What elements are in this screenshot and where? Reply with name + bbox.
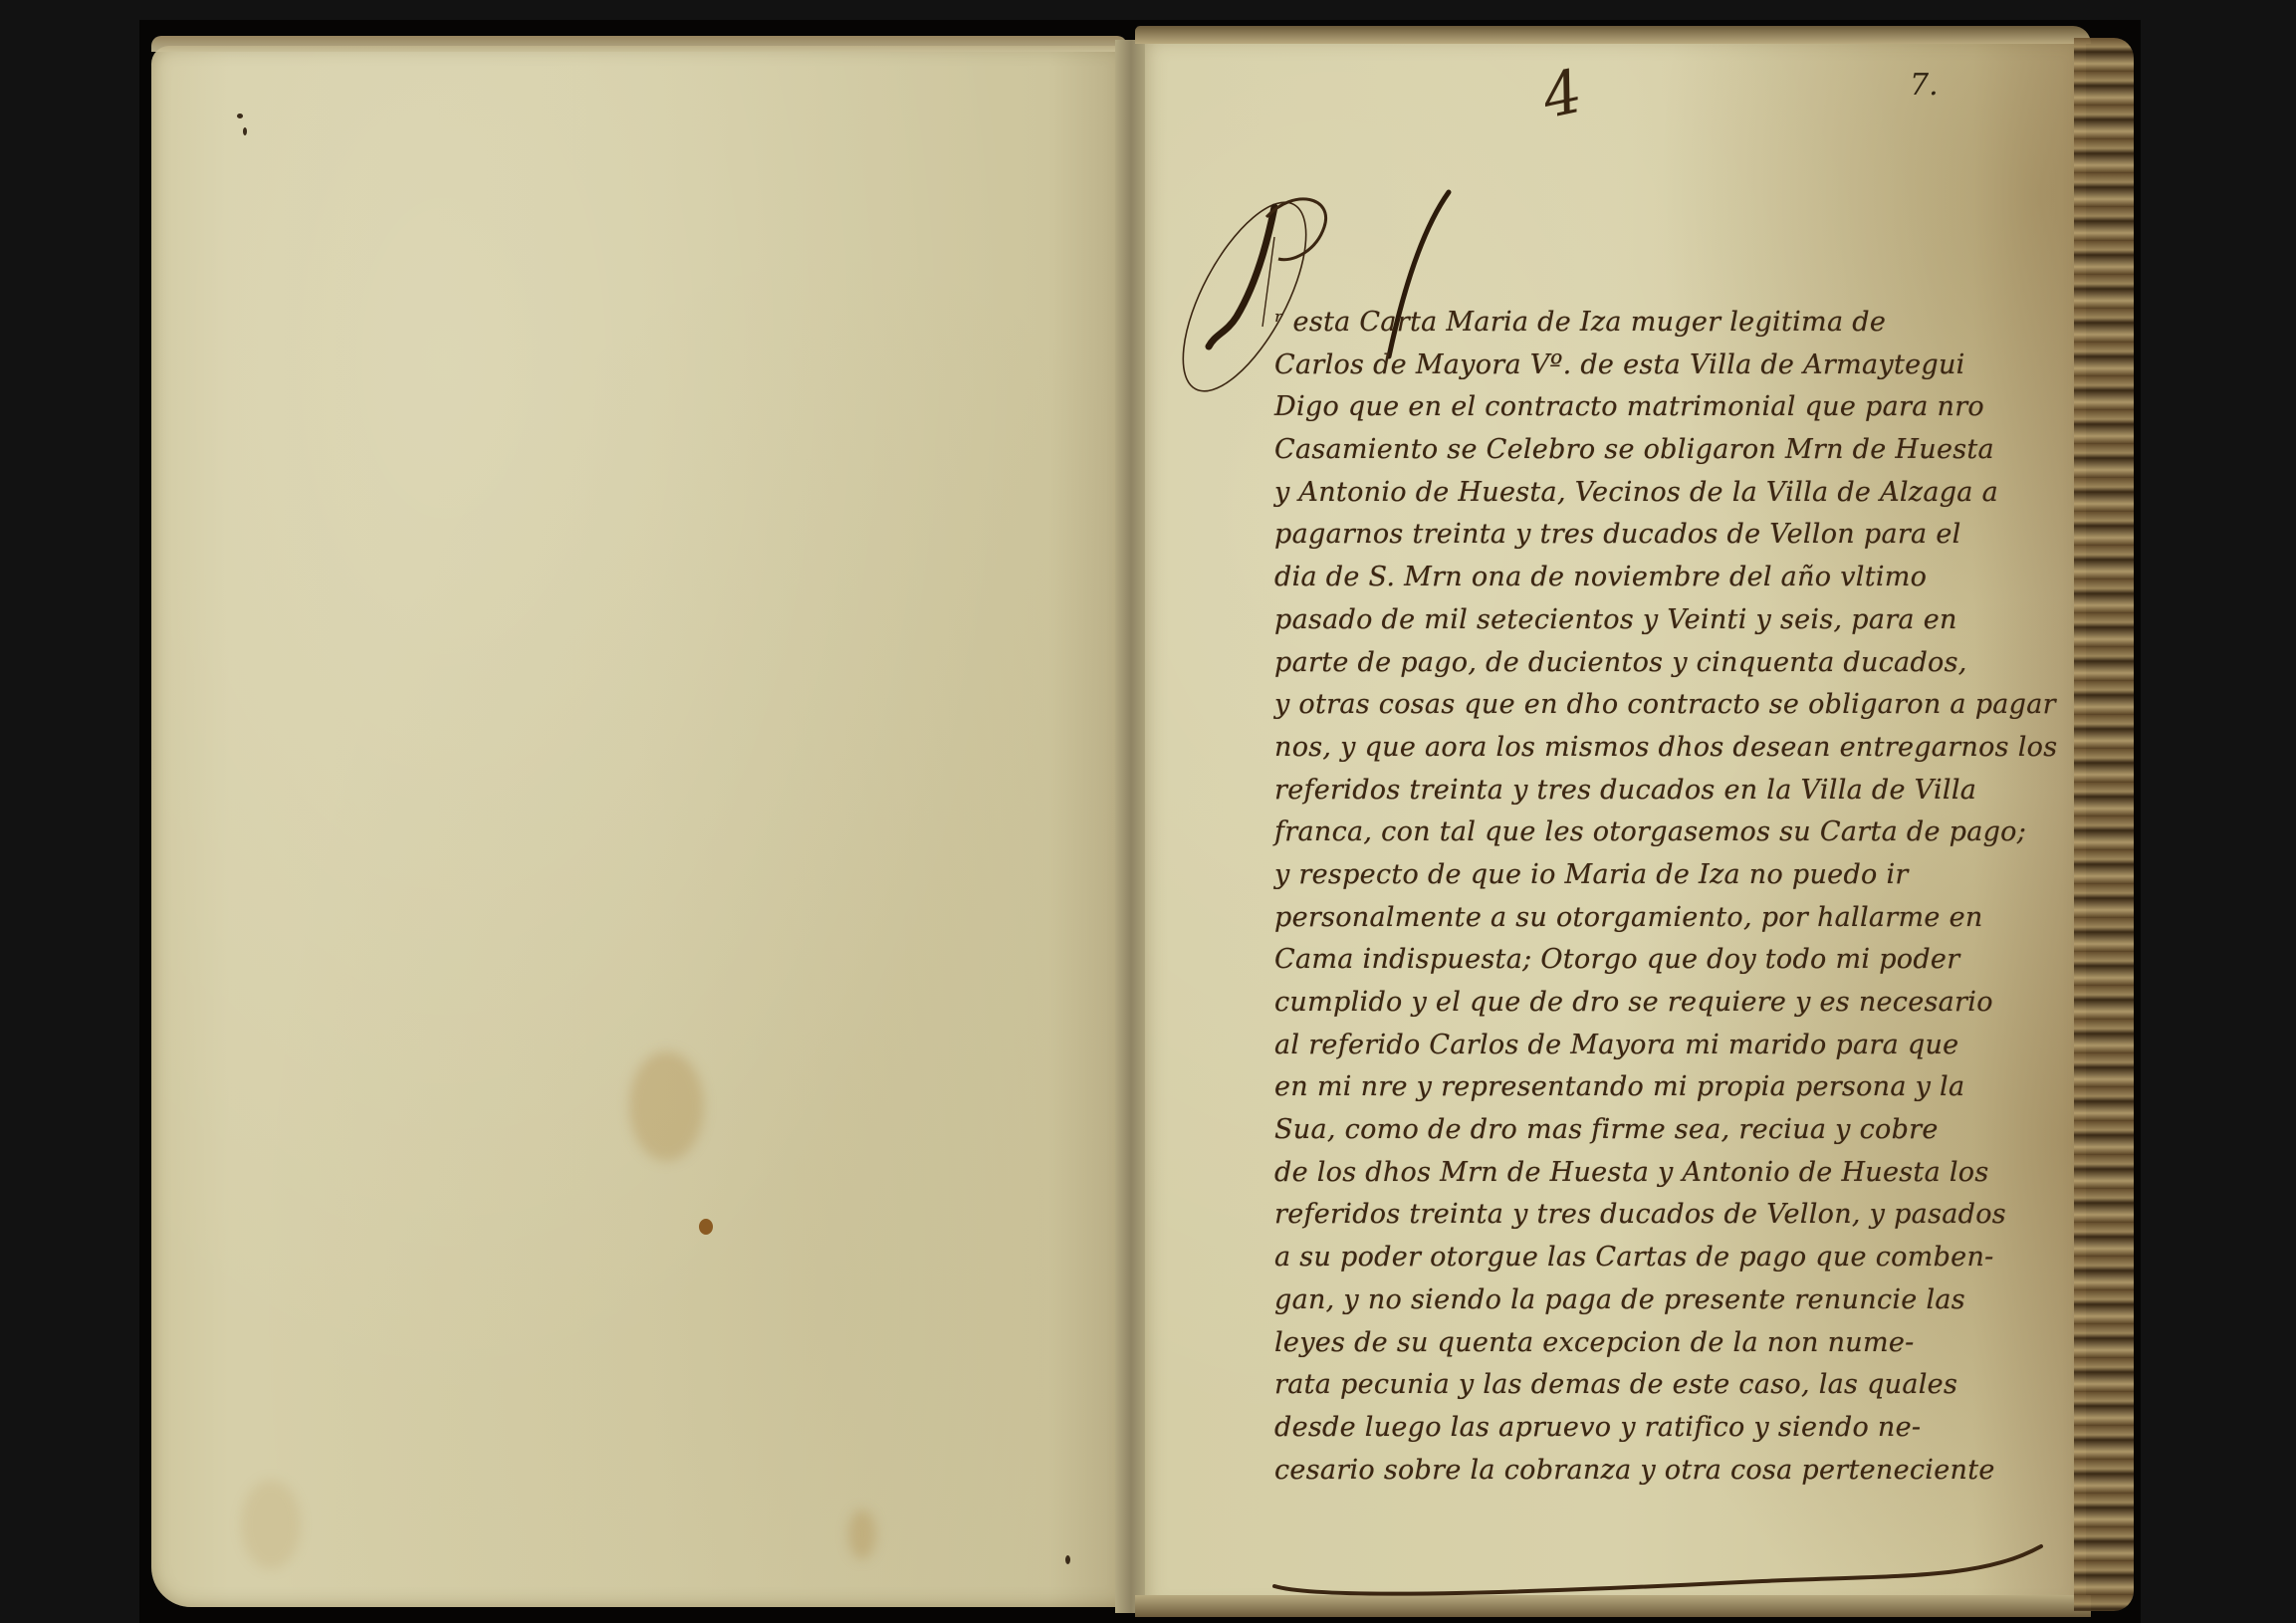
water-stain	[629, 1051, 704, 1161]
manuscript-line: franca, con tal que les otorgasemos su C…	[1274, 811, 2061, 854]
manuscript-line: personalmente a su otorgamiento, por hal…	[1274, 897, 2061, 940]
manuscript-text: ʳ esta Carta Maria de Iza muger legitima…	[1274, 302, 2061, 1492]
water-stain	[848, 1509, 876, 1559]
left-page	[151, 46, 1127, 1607]
manuscript-line: y Antonio de Huesta, Vecinos de la Villa…	[1274, 472, 2061, 515]
manuscript-line: al referido Carlos de Mayora mi marido p…	[1274, 1025, 2061, 1067]
page-number: 7.	[1910, 68, 1939, 103]
manuscript-line: rata pecunia y las demas de este caso, l…	[1274, 1364, 2061, 1407]
manuscript-line: Digo que en el contracto matrimonial que…	[1274, 386, 2061, 429]
manuscript-line: leyes de su quenta excepcion de la non n…	[1274, 1322, 2061, 1365]
manuscript-line: pagarnos treinta y tres ducados de Vello…	[1274, 514, 2061, 557]
right-page-top-edge	[1135, 26, 2091, 44]
manuscript-line: a su poder otorgue las Cartas de pago qu…	[1274, 1237, 2061, 1279]
manuscript-line: Carlos de Mayora Vº. de esta Villa de Ar…	[1274, 345, 2061, 387]
manuscript-line: cumplido y el que de dro se requiere y e…	[1274, 982, 2061, 1025]
closing-line-flourish-icon	[1264, 1541, 2061, 1611]
right-page: 4 7. P ʳ esta Carta Maria de Iza muger l…	[1145, 38, 2086, 1611]
manuscript-line: parte de pago, de ducientos y cinquenta …	[1274, 642, 2061, 685]
left-page-top-edge	[151, 36, 1127, 52]
frayed-page-edges	[2074, 38, 2134, 1611]
manuscript-line: referidos treinta y tres ducados de Vell…	[1274, 1194, 2061, 1237]
manuscript-line: desde luego las apruevo y ratifico y sie…	[1274, 1407, 2061, 1450]
manuscript-line: y otras cosas que en dho contracto se ob…	[1274, 684, 2061, 727]
water-stain	[241, 1480, 301, 1569]
manuscript-line: de los dhos Mrn de Huesta y Antonio de H…	[1274, 1152, 2061, 1195]
manuscript-line: referidos treinta y tres ducados en la V…	[1274, 770, 2061, 812]
ink-spot	[1065, 1555, 1070, 1564]
manuscript-line: gan, y no siendo la paga de presente ren…	[1274, 1279, 2061, 1322]
ink-spot	[237, 114, 243, 118]
ink-spot	[699, 1219, 713, 1235]
manuscript-line: pasado de mil setecientos y Veinti y sei…	[1274, 599, 2061, 642]
manuscript-line: dia de S. Mrn ona de noviembre del año v…	[1274, 557, 2061, 599]
manuscript-line: cesario sobre la cobranza y otra cosa pe…	[1274, 1450, 2061, 1493]
scan-background: 4 7. P ʳ esta Carta Maria de Iza muger l…	[0, 0, 2296, 1623]
manuscript-line: en mi nre y representando mi propia pers…	[1274, 1066, 2061, 1109]
folio-mark: 4	[1536, 57, 1588, 132]
manuscript-line: nos, y que aora los mismos dhos desean e…	[1274, 727, 2061, 770]
manuscript-line: Cama indispuesta; Otorgo que doy todo mi…	[1274, 939, 2061, 982]
manuscript-line: y respecto de que io Maria de Iza no pue…	[1274, 854, 2061, 897]
manuscript-line: Casamiento se Celebro se obligaron Mrn d…	[1274, 429, 2061, 472]
manuscript-line: Sua, como de dro mas firme sea, reciua y…	[1274, 1109, 2061, 1152]
manuscript-line: ʳ esta Carta Maria de Iza muger legitima…	[1274, 302, 2061, 345]
ink-spot	[243, 127, 247, 135]
